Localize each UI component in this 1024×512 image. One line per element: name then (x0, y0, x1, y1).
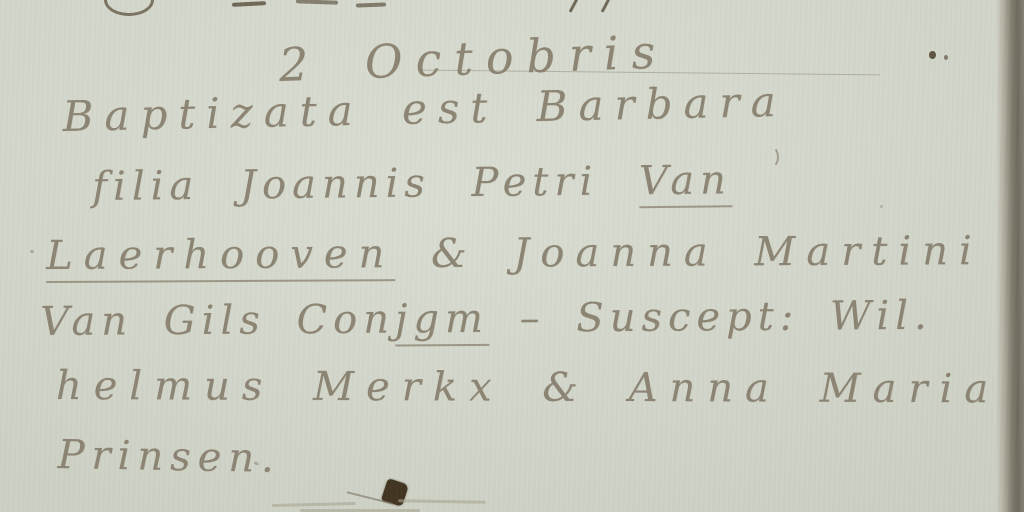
register-line: helmus Merkx & Anna Maria (56, 363, 1000, 412)
paper-speck (30, 250, 34, 253)
entry-text-underlined: jgm (395, 296, 489, 347)
previous-entry-stroke-loop (104, 0, 154, 16)
register-line: Prinsen. (57, 432, 281, 482)
register-line: filia Joannis Petri Van (92, 157, 732, 210)
previous-entry-stroke (356, 2, 386, 7)
ink-dot (944, 55, 948, 60)
entry-text: Prinsen. (57, 432, 281, 482)
next-entry-stroke (398, 499, 486, 504)
entry-text: – Suscept: Wil. (489, 293, 933, 342)
register-line: Baptizata est Barbara (62, 77, 787, 141)
entry-text: Baptizata est Barbara (62, 77, 787, 141)
register-line: Van Gils Conjgm – Suscept: Wil. (40, 293, 933, 345)
entry-text: Van Gils Con (40, 297, 395, 345)
entry-text: filia Joannis Petri (92, 158, 639, 210)
previous-entry-stroke (296, 0, 338, 5)
ink-dot (929, 51, 936, 59)
entry-text: & Joanna Martini (395, 228, 983, 277)
register-line: Laerhooven & Joanna Martini (46, 228, 983, 279)
page-edge-shadow (996, 0, 1024, 512)
entry-text-underlined: Van (639, 157, 732, 208)
entry-text-underlined: Laerhooven (46, 231, 395, 283)
previous-entry-stroke-slash (601, 0, 611, 13)
entry-text: helmus Merkx & Anna Maria (56, 363, 1000, 412)
next-entry-stroke (272, 502, 356, 507)
register-page: 2 Octobris Baptizata est Barbara filia J… (0, 0, 1024, 512)
previous-entry-stroke-slash (569, 0, 579, 13)
pen-flourish (763, 146, 779, 168)
paper-speck (880, 205, 883, 208)
previous-entry-stroke (232, 1, 266, 7)
